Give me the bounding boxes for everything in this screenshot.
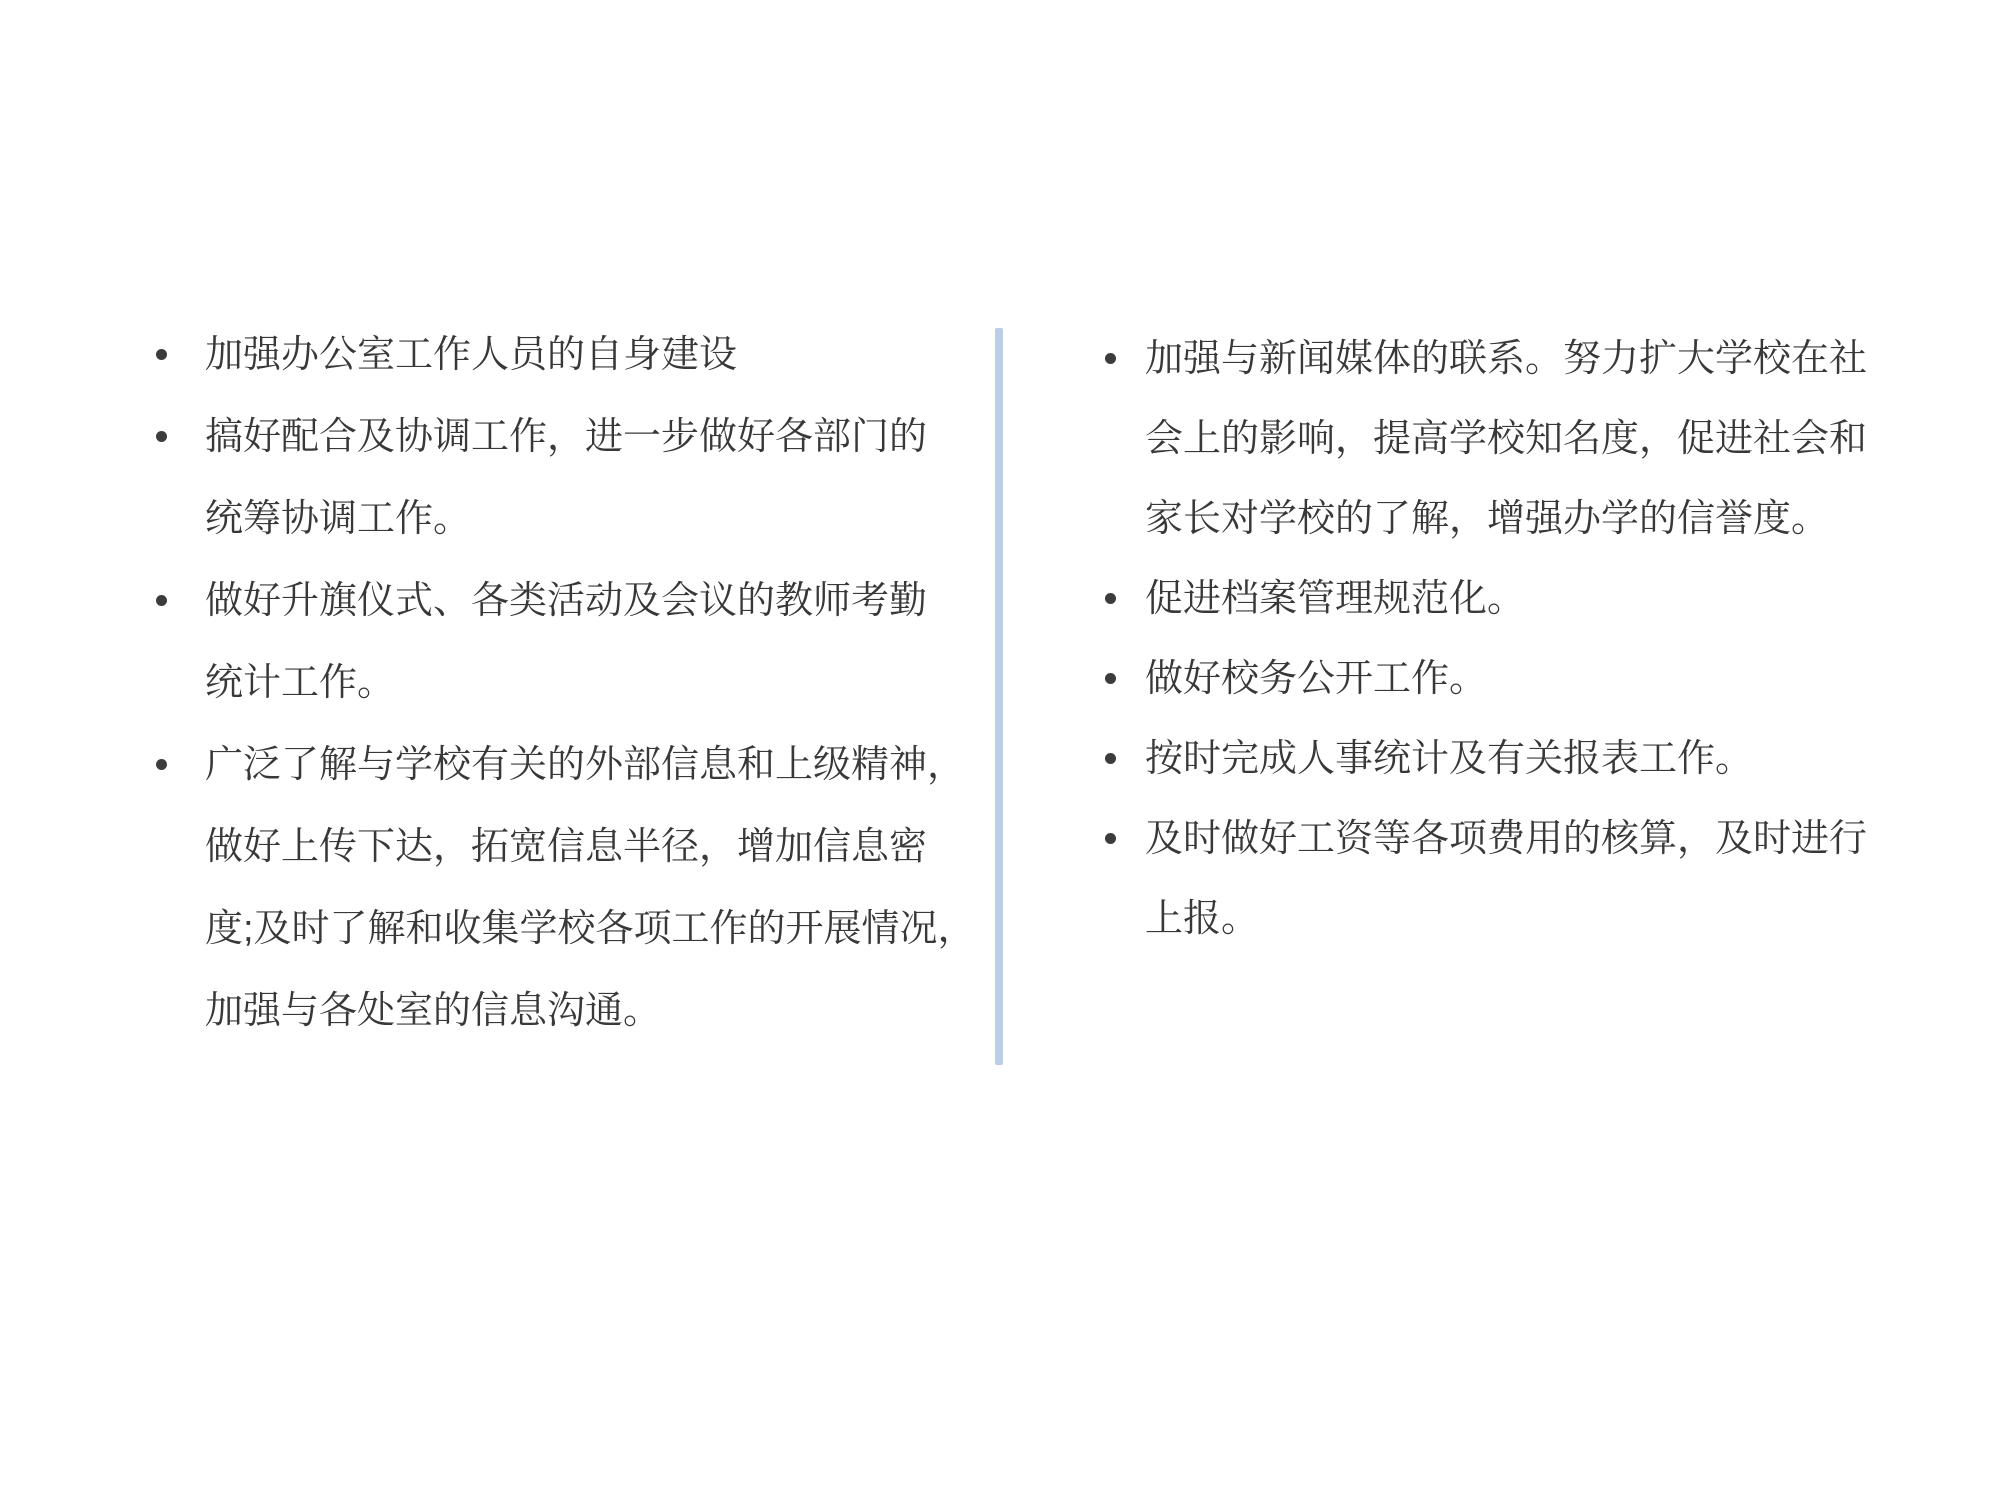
bullet-item: 做好校务公开工作。 <box>1092 639 1890 719</box>
bullet-line: 上报。 <box>1145 879 1890 959</box>
bullet-line: 会上的影响，提高学校知名度，促进社会和 <box>1145 399 1890 479</box>
bullet-text: 做好校务公开工作。 <box>1145 639 1890 719</box>
bullet-line: 家长对学校的了解，增强办学的信誉度。 <box>1145 479 1890 559</box>
bullet-line: 加强办公室工作人员的自身建设 <box>205 314 972 396</box>
left-bullet-list: 加强办公室工作人员的自身建设搞好配合及协调工作，进一步做好各部门的统筹协调工作。… <box>150 314 972 1052</box>
bullet-dot-icon <box>1092 719 1145 764</box>
bullet-line: 广泛了解与学校有关的外部信息和上级精神， <box>205 724 972 806</box>
bullet-item: 加强办公室工作人员的自身建设 <box>150 314 972 396</box>
bullet-dot-icon <box>150 314 205 360</box>
bullet-text: 广泛了解与学校有关的外部信息和上级精神，做好上传下达，拓宽信息半径，增加信息密度… <box>205 724 972 1052</box>
bullet-line: 按时完成人事统计及有关报表工作。 <box>1145 719 1890 799</box>
bullet-item: 按时完成人事统计及有关报表工作。 <box>1092 719 1890 799</box>
bullet-line: 加强与新闻媒体的联系。努力扩大学校在社 <box>1145 319 1890 399</box>
bullet-line: 统计工作。 <box>205 642 972 724</box>
bullet-text: 促进档案管理规范化。 <box>1145 559 1890 639</box>
bullet-text: 及时做好工资等各项费用的核算，及时进行上报。 <box>1145 799 1890 959</box>
bullet-line: 加强与各处室的信息沟通。 <box>205 970 972 1052</box>
bullet-item: 促进档案管理规范化。 <box>1092 559 1890 639</box>
bullet-line: 促进档案管理规范化。 <box>1145 559 1890 639</box>
bullet-dot-icon <box>1092 799 1145 844</box>
bullet-line: 及时做好工资等各项费用的核算，及时进行 <box>1145 799 1890 879</box>
bullet-line: 做好升旗仪式、各类活动及会议的教师考勤 <box>205 560 972 642</box>
bullet-item: 加强与新闻媒体的联系。努力扩大学校在社会上的影响，提高学校知名度，促进社会和家长… <box>1092 319 1890 559</box>
bullet-text: 按时完成人事统计及有关报表工作。 <box>1145 719 1890 799</box>
bullet-item: 及时做好工资等各项费用的核算，及时进行上报。 <box>1092 799 1890 959</box>
bullet-dot-icon <box>1092 559 1145 604</box>
bullet-line: 做好校务公开工作。 <box>1145 639 1890 719</box>
bullet-line: 统筹协调工作。 <box>205 478 972 560</box>
column-divider <box>995 328 1003 1065</box>
slide: 加强办公室工作人员的自身建设搞好配合及协调工作，进一步做好各部门的统筹协调工作。… <box>0 0 2000 1500</box>
bullet-item: 做好升旗仪式、各类活动及会议的教师考勤统计工作。 <box>150 560 972 724</box>
right-bullet-list: 加强与新闻媒体的联系。努力扩大学校在社会上的影响，提高学校知名度，促进社会和家长… <box>1092 319 1890 959</box>
bullet-item: 广泛了解与学校有关的外部信息和上级精神，做好上传下达，拓宽信息半径，增加信息密度… <box>150 724 972 1052</box>
bullet-line: 搞好配合及协调工作，进一步做好各部门的 <box>205 396 972 478</box>
bullet-line: 度;及时了解和收集学校各项工作的开展情况， <box>205 888 972 970</box>
bullet-text: 加强办公室工作人员的自身建设 <box>205 314 972 396</box>
bullet-dot-icon <box>1092 319 1145 364</box>
bullet-line: 做好上传下达，拓宽信息半径，增加信息密 <box>205 806 972 888</box>
bullet-dot-icon <box>1092 639 1145 684</box>
bullet-dot-icon <box>150 724 205 770</box>
bullet-text: 搞好配合及协调工作，进一步做好各部门的统筹协调工作。 <box>205 396 972 560</box>
bullet-item: 搞好配合及协调工作，进一步做好各部门的统筹协调工作。 <box>150 396 972 560</box>
bullet-text: 做好升旗仪式、各类活动及会议的教师考勤统计工作。 <box>205 560 972 724</box>
bullet-text: 加强与新闻媒体的联系。努力扩大学校在社会上的影响，提高学校知名度，促进社会和家长… <box>1145 319 1890 559</box>
bullet-dot-icon <box>150 396 205 442</box>
bullet-dot-icon <box>150 560 205 606</box>
